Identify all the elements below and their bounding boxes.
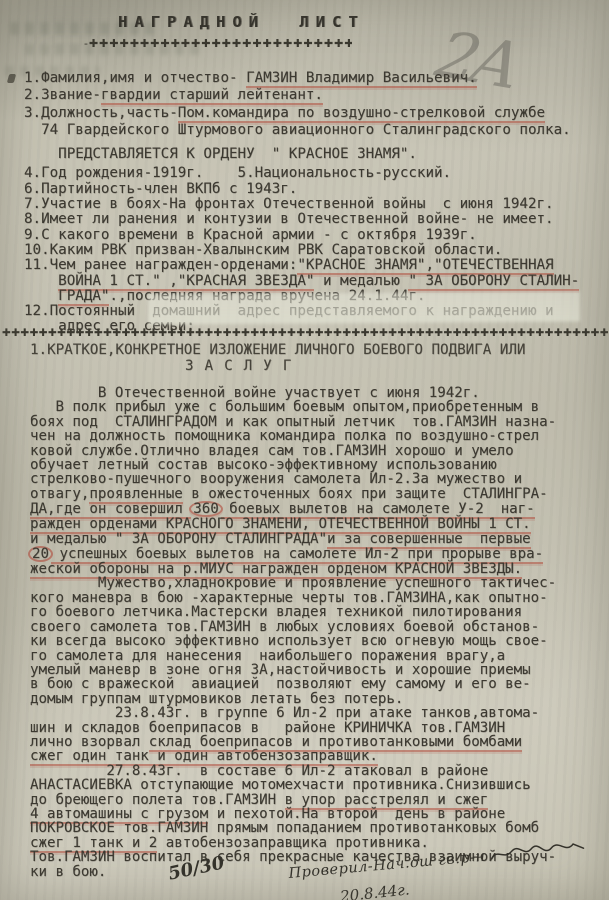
typewritten-line: лично взорвал склад боеприпасов и против…: [30, 735, 607, 749]
typewritten-line: 8.Имеет ли ранения и контузии в Отечеств…: [24, 212, 607, 227]
typewritten-line: стрелково-пушечного вооружения самолета …: [30, 472, 607, 486]
typewritten-line: чен на должность помощника командира пол…: [30, 429, 607, 443]
typewritten-line: боях под СТАЛИНГРАДОМ и как опытный летч…: [30, 415, 607, 429]
award-sheet-page: НАГРАДНОЙ ЛИСТ -✚✚✚✚✚✚✚✚✚✚✚✚✚✚✚✚✚✚✚✚✚✚✚✚…: [0, 0, 609, 900]
typewritten-line: кого маневра в бою -характерные черты то…: [30, 591, 607, 605]
typewritten-line: жеской обороны на р.МИУС награжден орден…: [30, 562, 607, 576]
typewritten-line: 20 успешных боевых вылетов на самолете И…: [30, 546, 607, 562]
typewritten-line: в бою с вражеской авиацией позволяют ему…: [30, 677, 607, 691]
document-title: НАГРАДНОЙ ЛИСТ: [118, 15, 365, 30]
feat-section-heading: 1.КРАТКОЕ,КОНКРЕТНОЕ ИЗЛОЖЕНИЕ ЛИЧНОГО Б…: [30, 343, 525, 358]
feat-description-section: В Отечественной войне участвует с июня 1…: [30, 386, 607, 879]
typewritten-line: ражден орденами КРАСНОГО ЗНАМЕНИ, ОТЕЧЕС…: [30, 517, 607, 531]
typewritten-line: 4 автомашины с грузом и пехотой.На второ…: [30, 807, 607, 821]
feat-heading-zaslug: ЗАСЛУГ: [185, 359, 302, 374]
typewritten-line: 9.С какого времени в Красной армии - с о…: [24, 228, 607, 243]
typewritten-line: и медалью " ЗА ОБОРОНУ СТАЛИНГРАДА"и за …: [30, 532, 607, 546]
typewritten-line: 2.Звание-гвардии старший лейтенант.: [24, 87, 607, 104]
typewritten-line: отвагу,проявленные в ожесточенных боях п…: [30, 487, 607, 501]
typewritten-line: обучает летный состав высоко-эффективном…: [30, 458, 607, 472]
typewritten-line: 11.Чем ранее награжден-орденами:"КРАСНОЕ…: [24, 258, 607, 273]
typewritten-line: домым группам штурмовиков летать без пот…: [30, 692, 607, 706]
typewritten-line: шин и складов боеприпасов в районе КРИНИ…: [30, 721, 607, 735]
typewritten-line: своего самолета тов.ГАМЗИН в любых услов…: [30, 620, 607, 634]
typewritten-line: В Отечественной войне участвует с июня 1…: [30, 386, 607, 400]
typewritten-line: го боевого летчика.Мастерски владея техн…: [30, 605, 607, 619]
typewritten-line: Мужество,хладнокровие и проявление успеш…: [30, 576, 607, 590]
typewritten-line: 3.Должность,часть-Пом.командира по возду…: [24, 105, 607, 122]
typewritten-line: ДА,где он совершил 360 боевых вылетов на…: [30, 501, 607, 517]
section-divider: ✚✚✚✚✚✚✚✚✚✚✚✚✚✚✚✚✚✚✚✚✚✚✚✚✚✚✚✚✚✚✚✚✚✚✚✚✚✚✚✚…: [2, 327, 608, 339]
typewritten-line: 74 Гвардейского Штурмового авиационного …: [24, 122, 607, 139]
typewritten-line: В полк прибыл уже с большим боевым опыто…: [30, 400, 607, 414]
handwritten-date: 20.8.44г.: [339, 880, 410, 900]
typewritten-line: ВОЙНА 1 СТ." ,"КРАСНАЯ ЗВЕЗДА" и медалью…: [24, 274, 607, 289]
typewritten-line: 10.Каким РВК призван-Хвалынским РВК Сара…: [24, 243, 607, 258]
typewritten-line: ПОКРОВСКОЕ тов.ГАМЗИН прямым попаданием …: [30, 821, 607, 835]
title-divider: -✚✚✚✚✚✚✚✚✚✚✚✚✚✚✚✚✚✚✚✚✚✚✚✚✚✚✚: [84, 37, 352, 50]
typewritten-line: ки всегда высоко эффективно использует в…: [30, 634, 607, 648]
typewritten-line: 4.Год рождения-1919г. 5.Национальность-р…: [24, 166, 607, 181]
typewritten-line: 1.Фамилия,имя и отчество- ГАМЗИН Владими…: [24, 70, 607, 87]
erased-address-patch: [148, 291, 580, 324]
typewritten-line: умелый маневр в зоне огня ЗА,настойчивос…: [30, 663, 607, 677]
typewritten-line: 7.Участие в боях-На фронтах Отечественно…: [24, 197, 607, 212]
ink-blotch: [7, 74, 16, 83]
typewritten-line: 23.8.43г. в группе 6 Ил-2 при атаке танк…: [30, 706, 607, 720]
typewritten-line: 27.8.43г. в составе 6 Ил-2 атаковал в ра…: [30, 764, 607, 778]
typewritten-line: АНАСТАСИЕВКА отступающие мотомехчасти пр…: [30, 778, 607, 792]
typewritten-line: до бреющего полета тов.ГАМЗИН в упор рас…: [30, 793, 607, 807]
typewritten-line: ПРЕДСТАВЛЯЕТСЯ К ОРДЕНУ " КРАСНОЕ ЗНАМЯ"…: [24, 147, 607, 162]
typewritten-line: 6.Партийность-член ВКПб с 1943г.: [24, 182, 607, 197]
typewritten-line: го самолета для нанесения наибольшего по…: [30, 649, 607, 663]
typewritten-line: ковой службе.Отлично владея сам тов.ГАМЗ…: [30, 444, 607, 458]
